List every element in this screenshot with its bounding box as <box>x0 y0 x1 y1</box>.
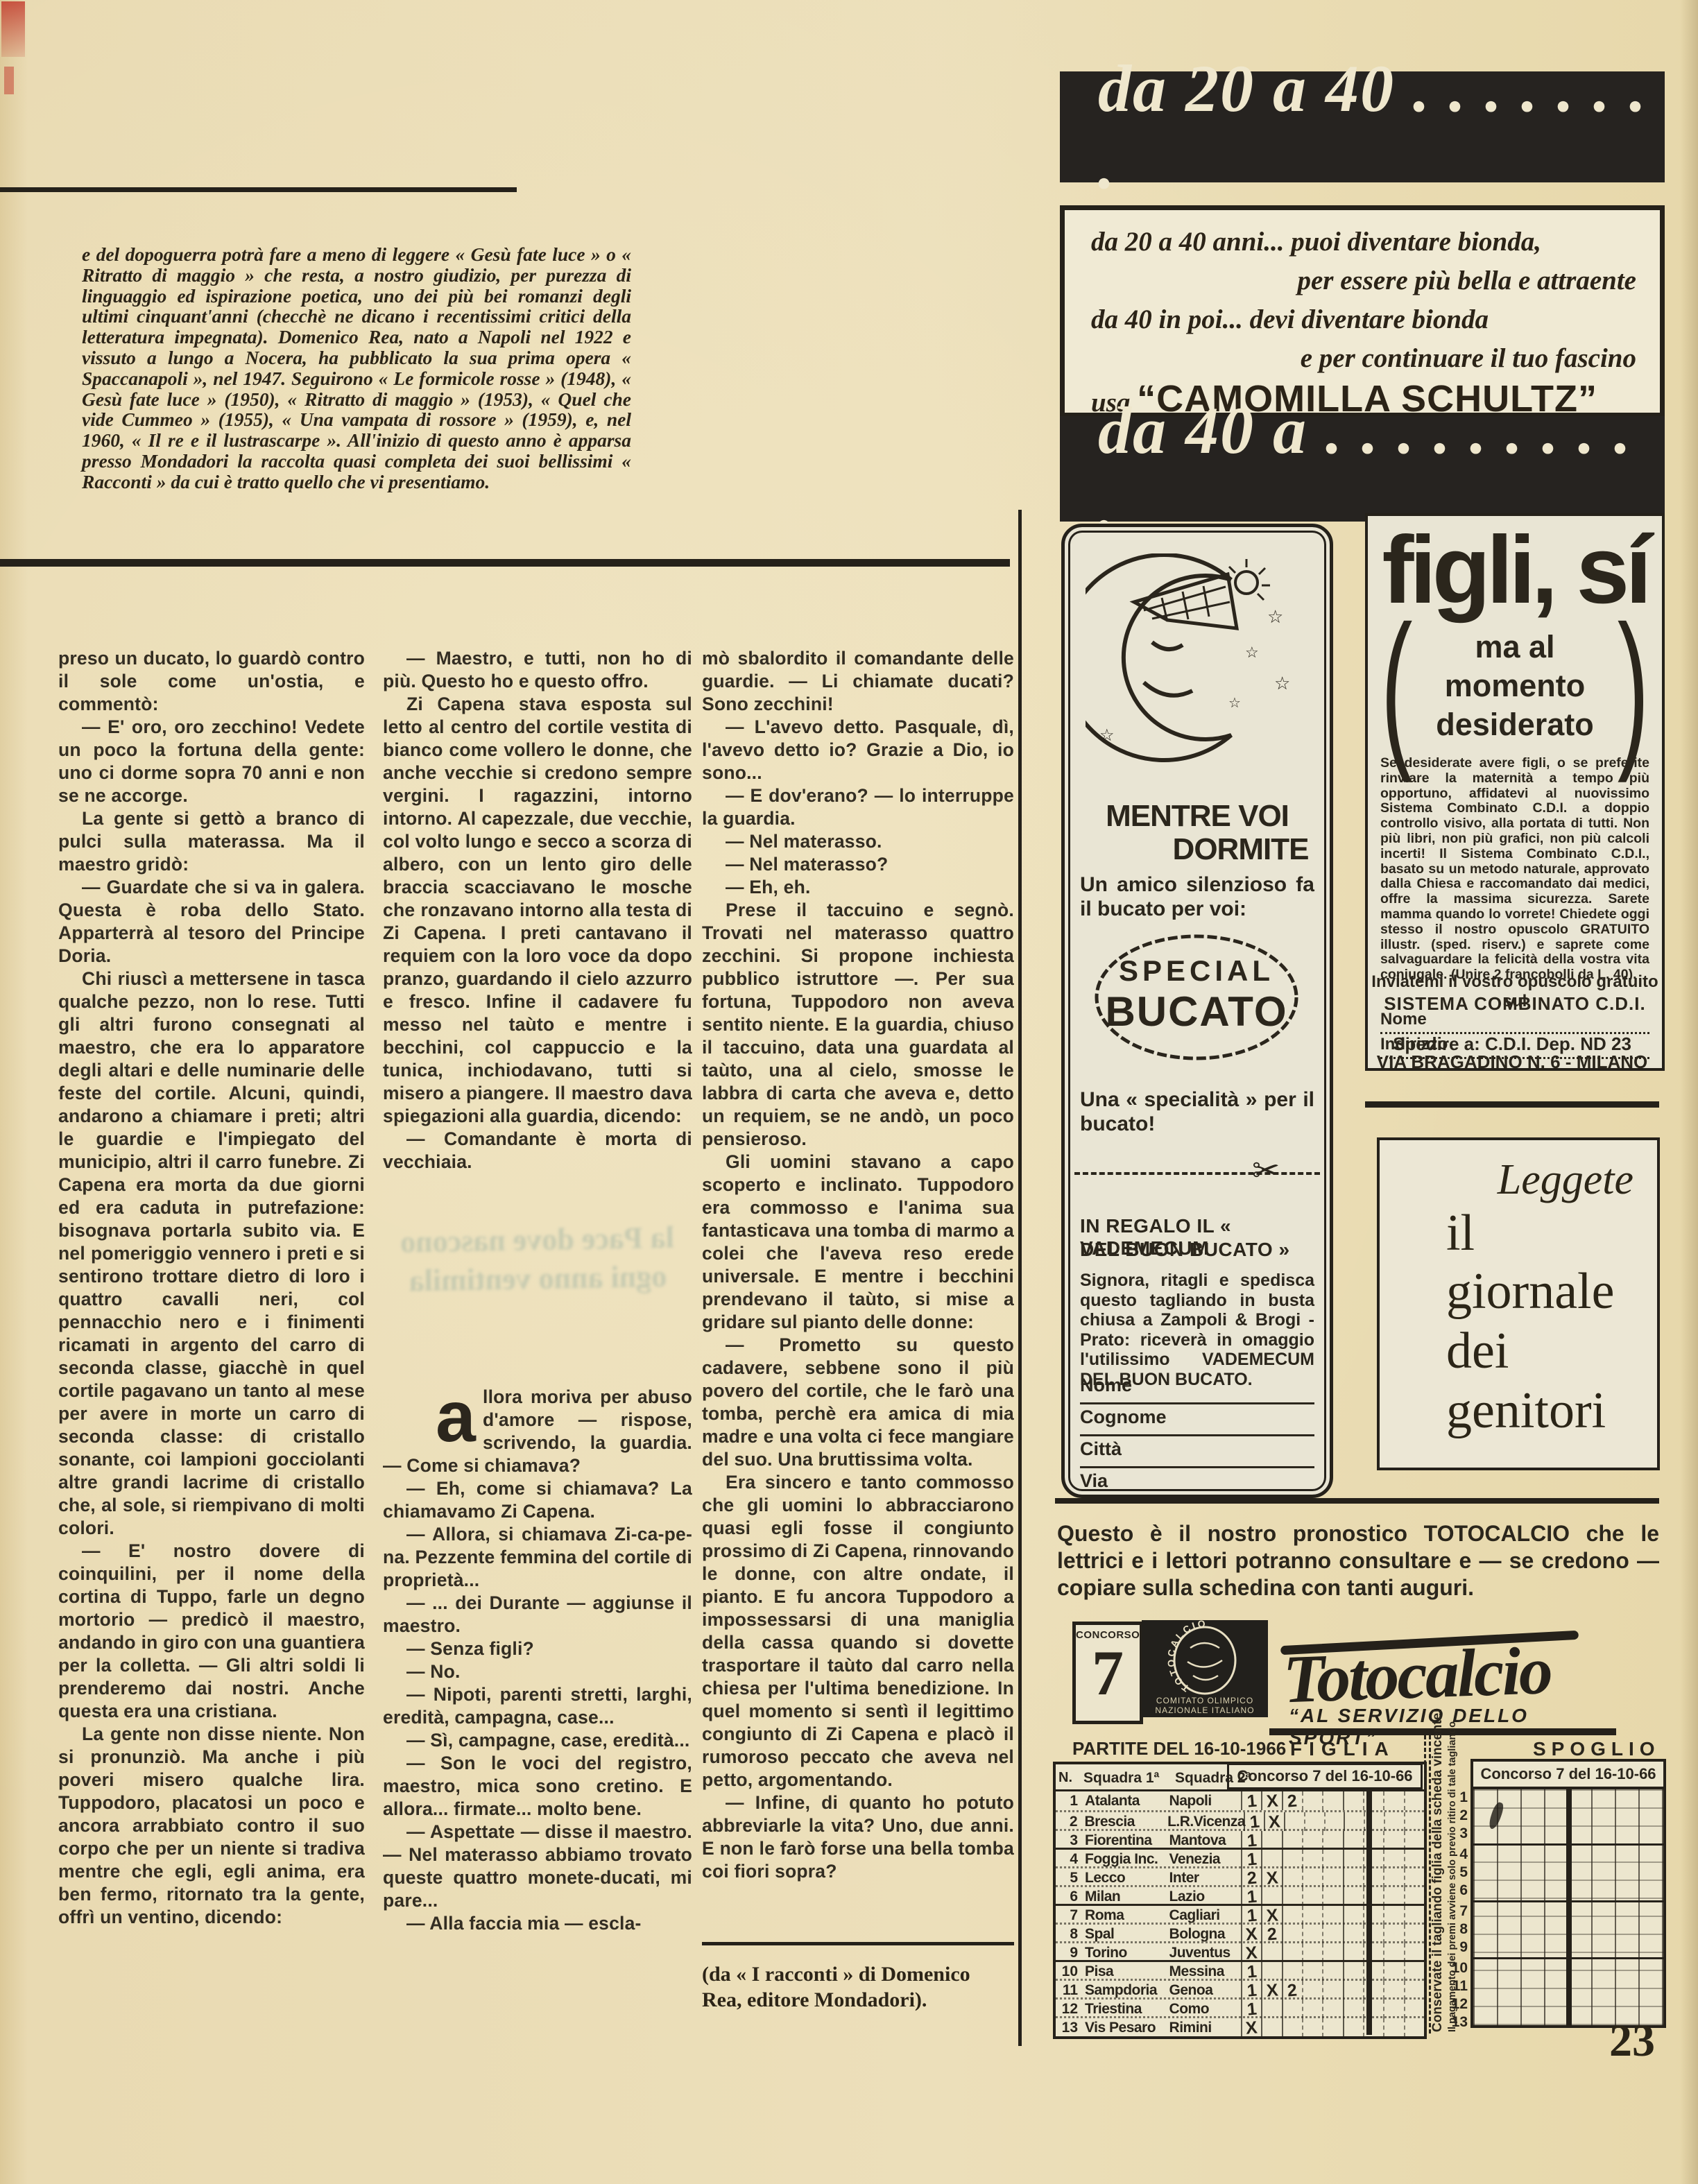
home-team: Foggia Inc. <box>1081 1851 1169 1868</box>
field-label: Nome <box>1080 1375 1132 1395</box>
away-team: Rimini <box>1169 2020 1242 2036</box>
bucato-brand1: SPECIAL <box>1092 954 1301 988</box>
bucato-ad-box: ☆ ☆ ☆ ☆ ☆ MENTRE VOI DORMITE Un amico si… <box>1061 524 1333 1498</box>
story-paragraph: mò sbalordito il comandante delle guardi… <box>702 647 1014 716</box>
away-team: Inter <box>1169 1870 1242 1886</box>
bucato-cloud: SPECIAL BUCATO <box>1092 928 1301 1067</box>
spoglio-numbers: 1 2 3 4 5 6 7 8 9 10 11 12 13 <box>1450 1789 1468 2021</box>
story-paragraph: Era sincero e tanto commosso che gli uom… <box>702 1471 1014 1791</box>
partite-label: PARTITE DEL 16-10-1966 <box>1072 1738 1286 1760</box>
cdi-send-address2: VIA BRAGADINO N. 6 - MILANO <box>1365 1051 1659 1073</box>
home-team: Lecco <box>1081 1870 1169 1886</box>
drop-cap: a <box>383 1386 483 1444</box>
story-paragraph: — Infine, di quanto ho potuto abbreviarl… <box>702 1791 1014 1883</box>
figlia-note-1: Conservate il tagliando figlia della sch… <box>1430 1765 1446 2032</box>
spoglio-row-number: 8 <box>1459 1921 1468 1938</box>
cut-line <box>1074 1172 1320 1175</box>
page-bleed-ghost: la Pace dove nascono ogni anno ventimila <box>388 1218 687 1300</box>
figlia-rows: 1AtalantaNapoli 1X2 2BresciaL.R.Vicenza … <box>1056 1791 1424 2035</box>
story-paragraph: La gente si gettò a branco di pulci sull… <box>58 807 365 876</box>
bucato-gift-line2: DEL BUON BUCATO » <box>1080 1239 1316 1261</box>
bucato-brand2: BUCATO <box>1092 988 1301 1035</box>
story-paragraph: preso un ducato, lo guardò contro il sol… <box>58 647 365 716</box>
cdi-field-nome: Nome <box>1380 1010 1649 1034</box>
away-team: Napoli <box>1169 1793 1242 1809</box>
spoglio-row-number: 13 <box>1452 2014 1468 2031</box>
row-number: 5 <box>1056 1870 1081 1886</box>
ink-smudge <box>1487 1801 1505 1830</box>
bucato-field-nome: Nome <box>1080 1375 1314 1404</box>
schultz-ad-box: da 20 a 40 anni... puoi diventare bionda… <box>1060 205 1665 418</box>
story-paragraph: — Alla faccia mia — escla- <box>383 1912 692 1935</box>
bucato-title-line1: MENTRE VOI <box>1065 799 1330 834</box>
giornale-ad-box: Leggete il giornale dei genitori <box>1377 1137 1660 1470</box>
field-label: Nome <box>1380 1010 1437 1029</box>
spoglio-row-number: 1 <box>1459 1789 1468 1806</box>
pronostico-text: Questo è il nostro pronostico TOTOCALCIO… <box>1057 1520 1659 1601</box>
field-label: Città <box>1080 1438 1122 1459</box>
cdi-bottom-rule <box>1365 1101 1659 1108</box>
bucato-field-via: Via <box>1080 1470 1314 1500</box>
home-team: Triestina <box>1081 2001 1169 2018</box>
svg-text:☆: ☆ <box>1228 696 1241 711</box>
schultz-line: da 40 in poi... devi diventare bionda <box>1065 300 1660 339</box>
story-paragraph: — Allora, si chiamava Zi-ca-pe-na. Pezze… <box>383 1523 692 1592</box>
story-paragraph: La gente non disse niente. Non si pronun… <box>58 1723 365 1929</box>
mark-cell: X <box>1266 1791 1279 1812</box>
story-paragraph: — Maestro, e tutti, non ho di più. Quest… <box>383 647 692 693</box>
bucato-field-cognome: Cognome <box>1080 1407 1314 1436</box>
story-paragraph-dropcap: allora moriva per abuso d'amore — rispos… <box>383 1386 692 1477</box>
totocalcio-card: CONCORSO 7 TOTOCALCIO COMITATO OLIMPICO … <box>1047 1616 1686 2032</box>
row-number: 1 <box>1056 1793 1081 1809</box>
row-number: 13 <box>1056 2020 1081 2036</box>
spoglio-row-number: 4 <box>1459 1846 1468 1863</box>
cdi-subhead: ( ma al momento desiderato ) <box>1368 620 1662 752</box>
red-crayon-mark <box>1 1 25 57</box>
figlia-header: N. Squadra 1ª Squadra 2ª Concorso 7 del … <box>1056 1764 1424 1791</box>
giornale-line: il <box>1380 1205 1657 1262</box>
story-credit: (da « I racconti » di Domenico Rea, edit… <box>702 1961 1014 2013</box>
spoglio-row-number: 5 <box>1459 1864 1468 1881</box>
schultz-line: e per continuare il tuo fascino <box>1065 339 1660 378</box>
story-paragraph: — ... dei Durante — aggiunse il maestro. <box>383 1592 692 1637</box>
story-column-2a: — Maestro, e tutti, non ho di più. Quest… <box>383 647 692 1173</box>
concorso-box: CONCORSO 7 <box>1072 1622 1143 1724</box>
away-team: Cagliari <box>1169 1907 1242 1924</box>
top-rule <box>0 187 517 192</box>
cdi-ad-box: figli, sí ( ma al momento desiderato ) S… <box>1365 513 1665 1071</box>
row-number: 3 <box>1056 1832 1081 1849</box>
spoglio-row-number: 7 <box>1459 1903 1468 1920</box>
col-header-n: N. <box>1058 1770 1072 1786</box>
home-team: Spal <box>1081 1926 1169 1943</box>
home-team: Vis Pesaro <box>1081 2020 1169 2036</box>
story-paragraph: Prese il taccuino e segnò. Trovati nel m… <box>702 899 1014 1151</box>
home-team: Roma <box>1081 1907 1169 1924</box>
spoglio-row-number: 9 <box>1459 1939 1468 1956</box>
away-team: Mantova <box>1169 1832 1242 1849</box>
spoglio-label: SPOGLIO <box>1533 1738 1661 1760</box>
story-paragraph: Chi riuscì a mettersene in tasca qualche… <box>58 968 365 1540</box>
spoglio-group-line <box>1473 1900 1663 1902</box>
cdi-sub2: desiderato <box>1425 705 1604 744</box>
spoglio-row-number: 12 <box>1452 1996 1468 2013</box>
row-number: 12 <box>1056 2001 1081 2018</box>
spoglio-grid <box>1470 1787 1666 2028</box>
mark-cell: 1 <box>1246 1791 1258 1812</box>
row-number: 6 <box>1056 1889 1081 1905</box>
story-paragraph: — Prometto su questo cadavere, sebbene s… <box>702 1334 1014 1471</box>
away-team: Venezia <box>1169 1851 1242 1868</box>
grid-thick-vline <box>1366 1791 1372 2035</box>
figlia-label: FIGLIA <box>1290 1738 1396 1760</box>
intro-paragraph: e del dopoguerra potrà fare a meno di le… <box>82 244 631 492</box>
spoglio-group-line <box>1473 1843 1663 1846</box>
story-paragraph: Gli uomini stavano a capo scoperto e inc… <box>702 1151 1014 1334</box>
pronostico-top-rule <box>1055 1498 1659 1504</box>
spoglio-row-number: 3 <box>1459 1825 1468 1842</box>
home-team: Fiorentina <box>1081 1832 1169 1849</box>
home-team: Sampdoria <box>1081 1982 1169 1999</box>
spoglio-row-number: 11 <box>1452 1978 1468 1995</box>
spoglio-row-number: 6 <box>1459 1882 1468 1899</box>
svg-text:☆: ☆ <box>1274 673 1290 694</box>
giornale-line: genitori <box>1380 1381 1657 1441</box>
cdi-sub1: ma al momento <box>1425 628 1604 705</box>
svg-text:COMITATO OLIMPICO: COMITATO OLIMPICO <box>1156 1696 1253 1705</box>
story-paragraph: — E dov'erano? — lo interruppe la guardi… <box>702 784 1014 830</box>
credit-rule <box>702 1942 1014 1945</box>
story-paragraph: — Sì, campagne, case, eredità... <box>383 1729 692 1752</box>
magazine-page: e del dopoguerra potrà fare a meno di le… <box>0 0 1698 2184</box>
page-number: 23 <box>1609 2015 1655 2067</box>
story-paragraph: — No. <box>383 1660 692 1683</box>
vertical-divider-rule <box>1018 510 1022 2046</box>
away-team: Como <box>1169 2001 1242 2018</box>
story-paragraph: — Nel materasso. <box>702 830 1014 853</box>
away-team: L.R.Vicenza <box>1167 1814 1244 1830</box>
col-header-squadra1: Squadra 1ª <box>1083 1770 1159 1787</box>
schultz-line: da 20 a 40 anni... puoi diventare bionda… <box>1065 210 1660 261</box>
story-paragraph: — Eh, come si chiamava? La chiamavamo Zi… <box>383 1477 692 1523</box>
svg-text:NAZIONALE ITALIANO: NAZIONALE ITALIANO <box>1155 1705 1254 1715</box>
figlia-table: N. Squadra 1ª Squadra 2ª Concorso 7 del … <box>1053 1762 1427 2039</box>
spoglio-row-number: 2 <box>1459 1807 1468 1824</box>
schultz-line: per essere più bella e attraente <box>1065 261 1660 300</box>
scissors-icon: ✂ <box>1252 1151 1280 1190</box>
svg-text:☆: ☆ <box>1245 644 1259 661</box>
story-paragraph: — Guardate che si va in galera. Questa è… <box>58 876 365 968</box>
row-number: 4 <box>1056 1851 1081 1868</box>
schultz-banner-bottom: da 40 a . . . . . . . . . . <box>1060 416 1665 522</box>
story-paragraph: — Aspettate — disse il maestro. — Nel ma… <box>383 1821 692 1912</box>
giornale-line: giornale <box>1380 1262 1657 1321</box>
row-number: 11 <box>1056 1982 1081 1999</box>
spoglio-row-number: 10 <box>1452 1960 1468 1977</box>
field-label: Via <box>1080 1470 1108 1491</box>
field-label: Cognome <box>1080 1407 1167 1427</box>
story-paragraph: — Senza figli? <box>383 1637 692 1660</box>
intro-bottom-rule <box>0 559 1010 567</box>
row-number: 9 <box>1056 1945 1081 1961</box>
concorso-number: 7 <box>1076 1641 1140 1705</box>
story-column-1: preso un ducato, lo guardò contro il sol… <box>58 647 365 1929</box>
story-paragraph: — Comandante è morta di vecchiaia. <box>383 1128 692 1173</box>
home-team: Atalanta <box>1081 1793 1169 1809</box>
story-paragraph: — Son le voci del registro, maestro, mic… <box>383 1752 692 1821</box>
moon-icon: ☆ ☆ ☆ ☆ ☆ <box>1086 553 1307 782</box>
story-paragraph: Zi Capena stava esposta sul letto al cen… <box>383 693 692 1128</box>
figlia-concorso-header: Concorso 7 del 16-10-66 <box>1227 1763 1423 1789</box>
away-team: Juventus <box>1169 1945 1242 1961</box>
coni-logo: TOTOCALCIO COMITATO OLIMPICO NAZIONALE I… <box>1142 1620 1268 1717</box>
mark-cell: 2 <box>1287 1791 1298 1812</box>
schultz-banner-top: da 20 a 40 . . . . . . . . <box>1060 71 1665 182</box>
mark-cell: X <box>1245 2018 1258 2038</box>
giornale-line: dei <box>1380 1321 1657 1381</box>
away-team: Bologna <box>1169 1926 1242 1943</box>
away-team: Lazio <box>1169 1889 1242 1905</box>
away-team: Messina <box>1169 1963 1242 1980</box>
spoglio-concorso-header: Concorso 7 del 16-10-66 <box>1470 1759 1666 1789</box>
home-team: Brescia <box>1081 1814 1168 1830</box>
row-number: 8 <box>1056 1926 1081 1943</box>
bucato-title-line2: DORMITE <box>1065 832 1308 867</box>
story-paragraph: — E' nostro dovere di coinquilini, per i… <box>58 1540 365 1723</box>
row-number: 2 <box>1056 1814 1081 1830</box>
story-paragraph: — E' oro, oro zecchino! Vedete un poco l… <box>58 716 365 807</box>
row-number: 10 <box>1056 1963 1081 1980</box>
bucato-lead: Un amico silenzioso fa il bucato per voi… <box>1080 872 1314 921</box>
story-paragraph: — L'avevo detto. Pasquale, dì, l'avevo d… <box>702 716 1014 784</box>
red-crayon-mark <box>4 67 14 94</box>
spoglio-group-line <box>1473 1957 1663 1959</box>
svg-text:☆: ☆ <box>1267 606 1283 627</box>
bucato-coupon-text: Signora, ritagli e spedisca questo tagli… <box>1080 1271 1314 1389</box>
away-team: Genoa <box>1169 1982 1242 1999</box>
svg-text:☆: ☆ <box>1099 726 1115 745</box>
bucato-claim: Una « specialità » per il bucato! <box>1080 1087 1314 1136</box>
story-column-2b: allora moriva per abuso d'amore — rispos… <box>383 1386 692 1935</box>
story-paragraph: — Nipoti, parenti stretti, larghi, eredi… <box>383 1683 692 1729</box>
bucato-field-citta: Città <box>1080 1438 1314 1468</box>
home-team: Torino <box>1081 1945 1169 1961</box>
row-number: 7 <box>1056 1907 1081 1924</box>
spoglio-thick-vline <box>1566 1789 1572 2025</box>
story-paragraph: — Eh, eh. <box>702 876 1014 899</box>
giornale-leggete: Leggete <box>1380 1140 1657 1205</box>
cdi-body: Se desiderate avere figli, o se preferit… <box>1380 756 1649 983</box>
story-paragraph: — Nel materasso? <box>702 853 1014 876</box>
home-team: Milan <box>1081 1889 1169 1905</box>
story-column-3: mò sbalordito il comandante delle guardi… <box>702 647 1014 1883</box>
home-team: Pisa <box>1081 1963 1169 1980</box>
